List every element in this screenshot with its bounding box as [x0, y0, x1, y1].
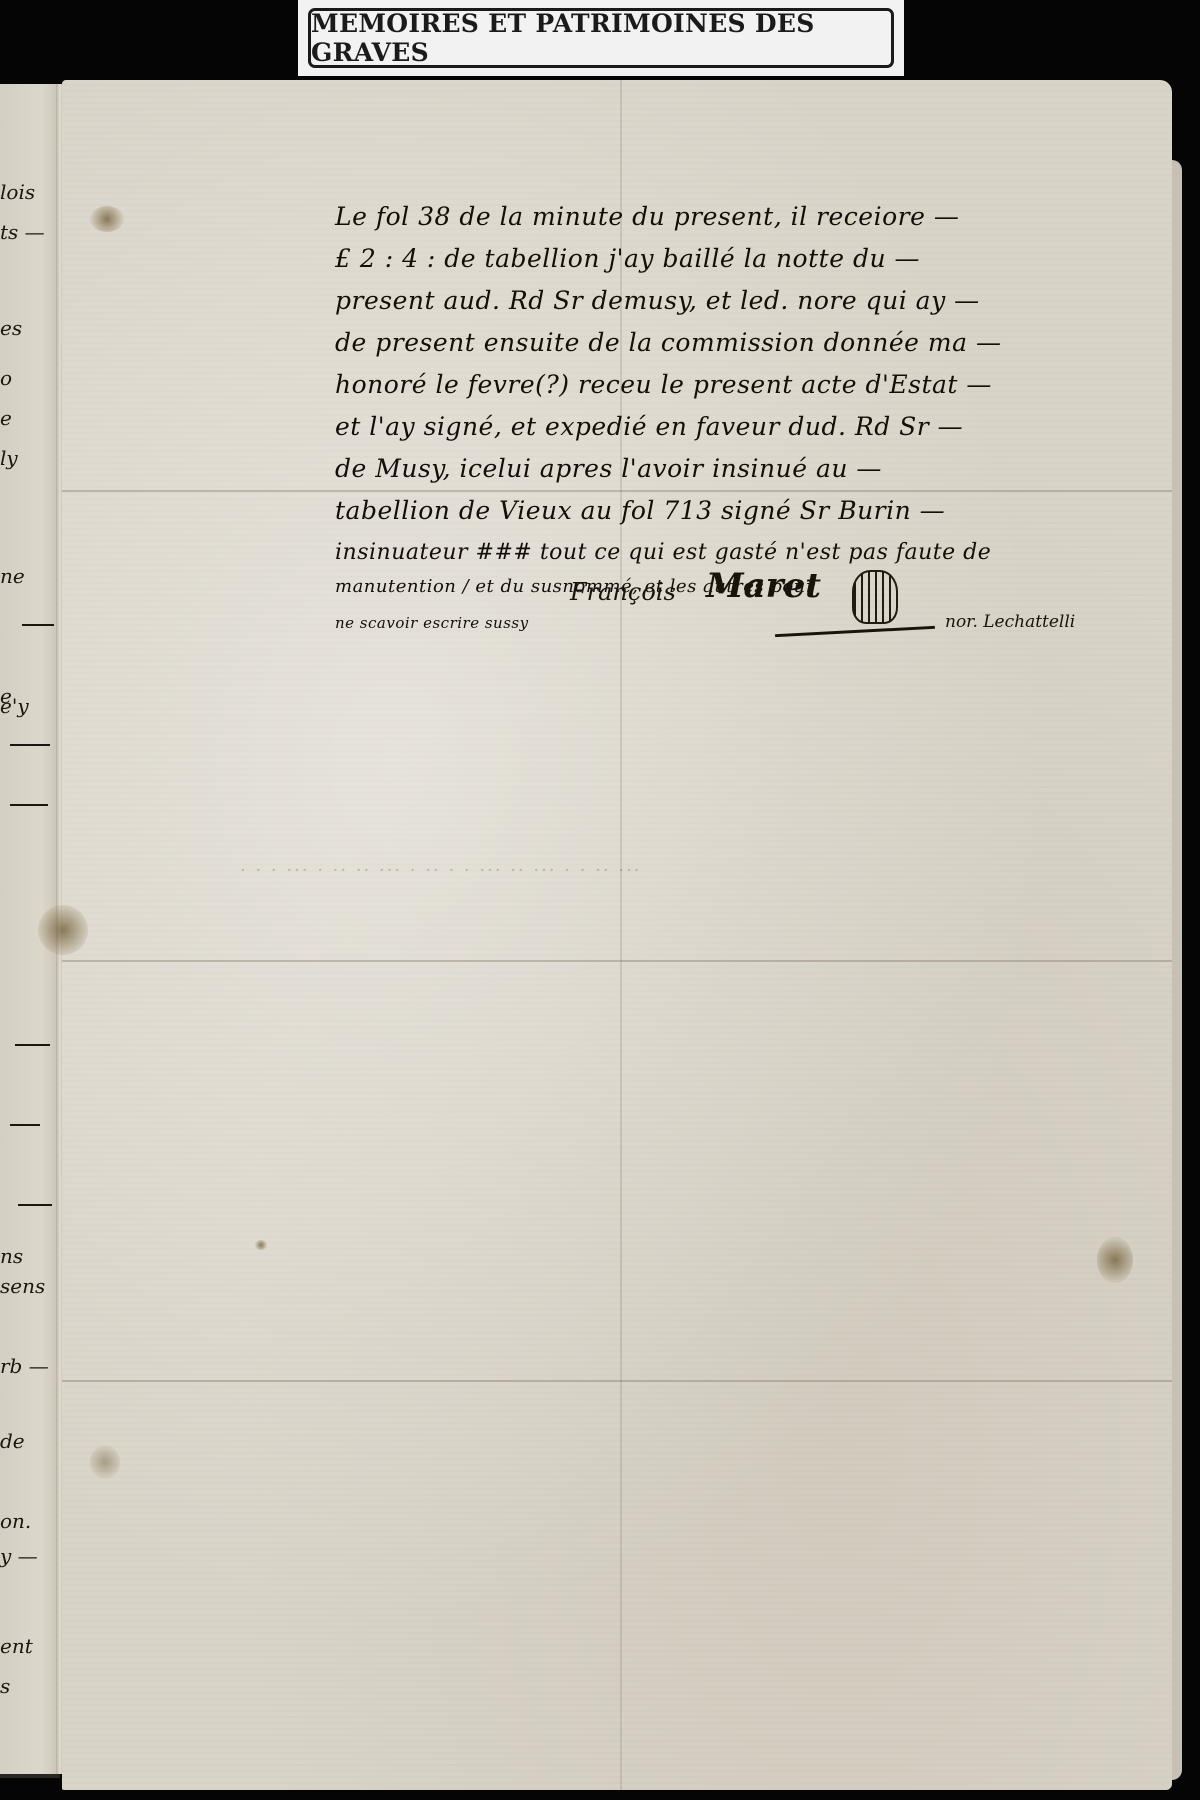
margin-fragment: ts —	[0, 220, 45, 244]
margin-fragment: o	[0, 366, 12, 390]
bleed-through-text: · · · ··· · ·· ·· ··· · ·· · · ··· ·· ··…	[240, 860, 880, 920]
banner-title: MEMOIRES ET PATRIMOINES DES GRAVES	[308, 8, 894, 68]
margin-fragment: y —	[0, 1544, 38, 1568]
paper-fold-line	[62, 960, 1172, 962]
ink-stain	[90, 206, 124, 232]
margin-fragment: on.	[0, 1509, 31, 1533]
margin-dash	[10, 744, 50, 746]
margin-fragment: ns	[0, 1244, 23, 1268]
text-line: honoré le fevre(?) receu le present acte…	[335, 364, 1155, 406]
margin-fragment: ent	[0, 1634, 33, 1658]
margin-dash	[18, 1204, 52, 1206]
water-stain	[1097, 1237, 1133, 1283]
text-line: de Musy, icelui apres l'avoir insinué au…	[335, 448, 1155, 490]
signature-maret: Maret	[706, 566, 821, 606]
margin-dash	[10, 804, 48, 806]
margin-fragment: rb —	[0, 1354, 49, 1378]
margin-fragment: ne	[0, 564, 25, 588]
text-line: £ 2 : 4 : de tabellion j'ay baillé la no…	[335, 238, 1155, 280]
archive-banner: MEMOIRES ET PATRIMOINES DES GRAVES	[298, 0, 904, 76]
text-line: de present ensuite de la commission donn…	[335, 322, 1155, 364]
text-line: tabellion de Vieux au fol 713 signé Sr B…	[335, 490, 1155, 532]
signature-francois: François	[570, 578, 676, 606]
margin-fragment: e'y	[0, 694, 29, 718]
spot-stain	[90, 1445, 120, 1479]
margin-dash	[15, 1044, 50, 1046]
hole-stain	[38, 905, 88, 955]
paper-fold-line	[62, 1380, 1172, 1382]
margin-fragment: de	[0, 1429, 25, 1453]
margin-dash	[22, 624, 54, 626]
margin-fragment: sens	[0, 1274, 45, 1298]
margin-fragment: e	[0, 406, 12, 430]
margin-fragment: lois	[0, 180, 35, 204]
text-line: Le fol 38 de la minute du present, il re…	[335, 196, 1155, 238]
signature-mark-icon	[852, 570, 898, 624]
text-line: present aud. Rd Sr demusy, et led. nore …	[335, 280, 1155, 322]
margin-fragment: s	[0, 1674, 10, 1698]
margin-fragment: es	[0, 316, 22, 340]
spot-stain	[255, 1240, 267, 1250]
margin-fragment: ly	[0, 446, 18, 470]
margin-dash	[10, 1124, 40, 1126]
signature-notary: nor. Lechattelli	[945, 612, 1075, 632]
text-line: et l'ay signé, et expedié en faveur dud.…	[335, 406, 1155, 448]
